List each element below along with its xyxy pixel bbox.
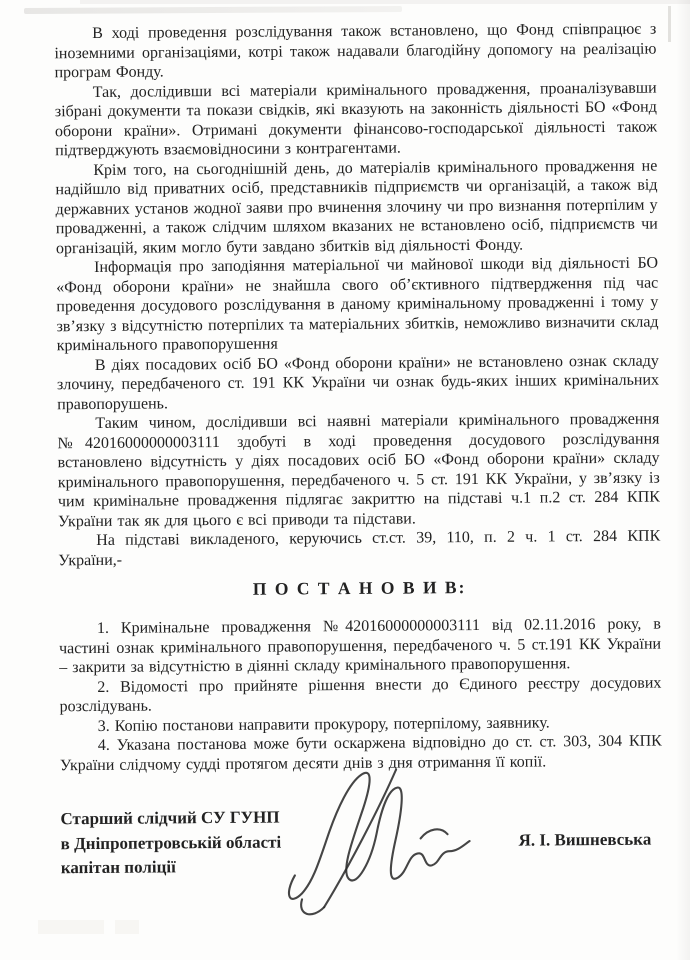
paragraph-no-crime-signs: В діях посадових осіб БО «Фонд оборони к…	[57, 351, 659, 414]
signatory-name: Я. І. Вишневська	[519, 830, 652, 851]
paragraph-no-damage-confirmed: Інформація про заподіяння матеріальної ч…	[56, 254, 659, 356]
resolution-item-2: 2. Відомості про прийняте рішення внести…	[59, 673, 661, 717]
paragraph-materials-review: Так, дослідивши всі матеріали кримінальн…	[55, 78, 658, 161]
signatory-position-line: Старший слідчий СУ ГУНП	[60, 805, 310, 831]
signature-block: Старший слідчий СУ ГУНП в Дніпропетровсь…	[60, 803, 663, 928]
signatory-position: Старший слідчий СУ ГУНП в Дніпропетровсь…	[60, 805, 311, 880]
scanned-page: В ході проведення розслідування також вс…	[0, 0, 690, 960]
handwritten-signature-icon	[278, 766, 474, 918]
resolution-item-1: 1. Кримінальне провадження №420160000000…	[59, 615, 661, 678]
paragraph-no-complaints: Крім того, на сьогоднішній день, до мате…	[55, 156, 658, 258]
signatory-position-line: капітан поліції	[61, 854, 311, 880]
resolution-heading: П О С Т А Н О В И В:	[59, 575, 661, 602]
signatory-position-line: в Дніпропетровській області	[61, 830, 311, 856]
document-body: В ході проведення розслідування також вс…	[0, 0, 690, 928]
paragraph-legal-basis: На підставі викладеного, керуючись ст.ст…	[58, 527, 660, 571]
paragraph-cooperation: В ході проведення розслідування також вс…	[54, 20, 656, 83]
paragraph-closure-grounds: Таким чином, дослідивши всі наявні матер…	[57, 410, 660, 532]
